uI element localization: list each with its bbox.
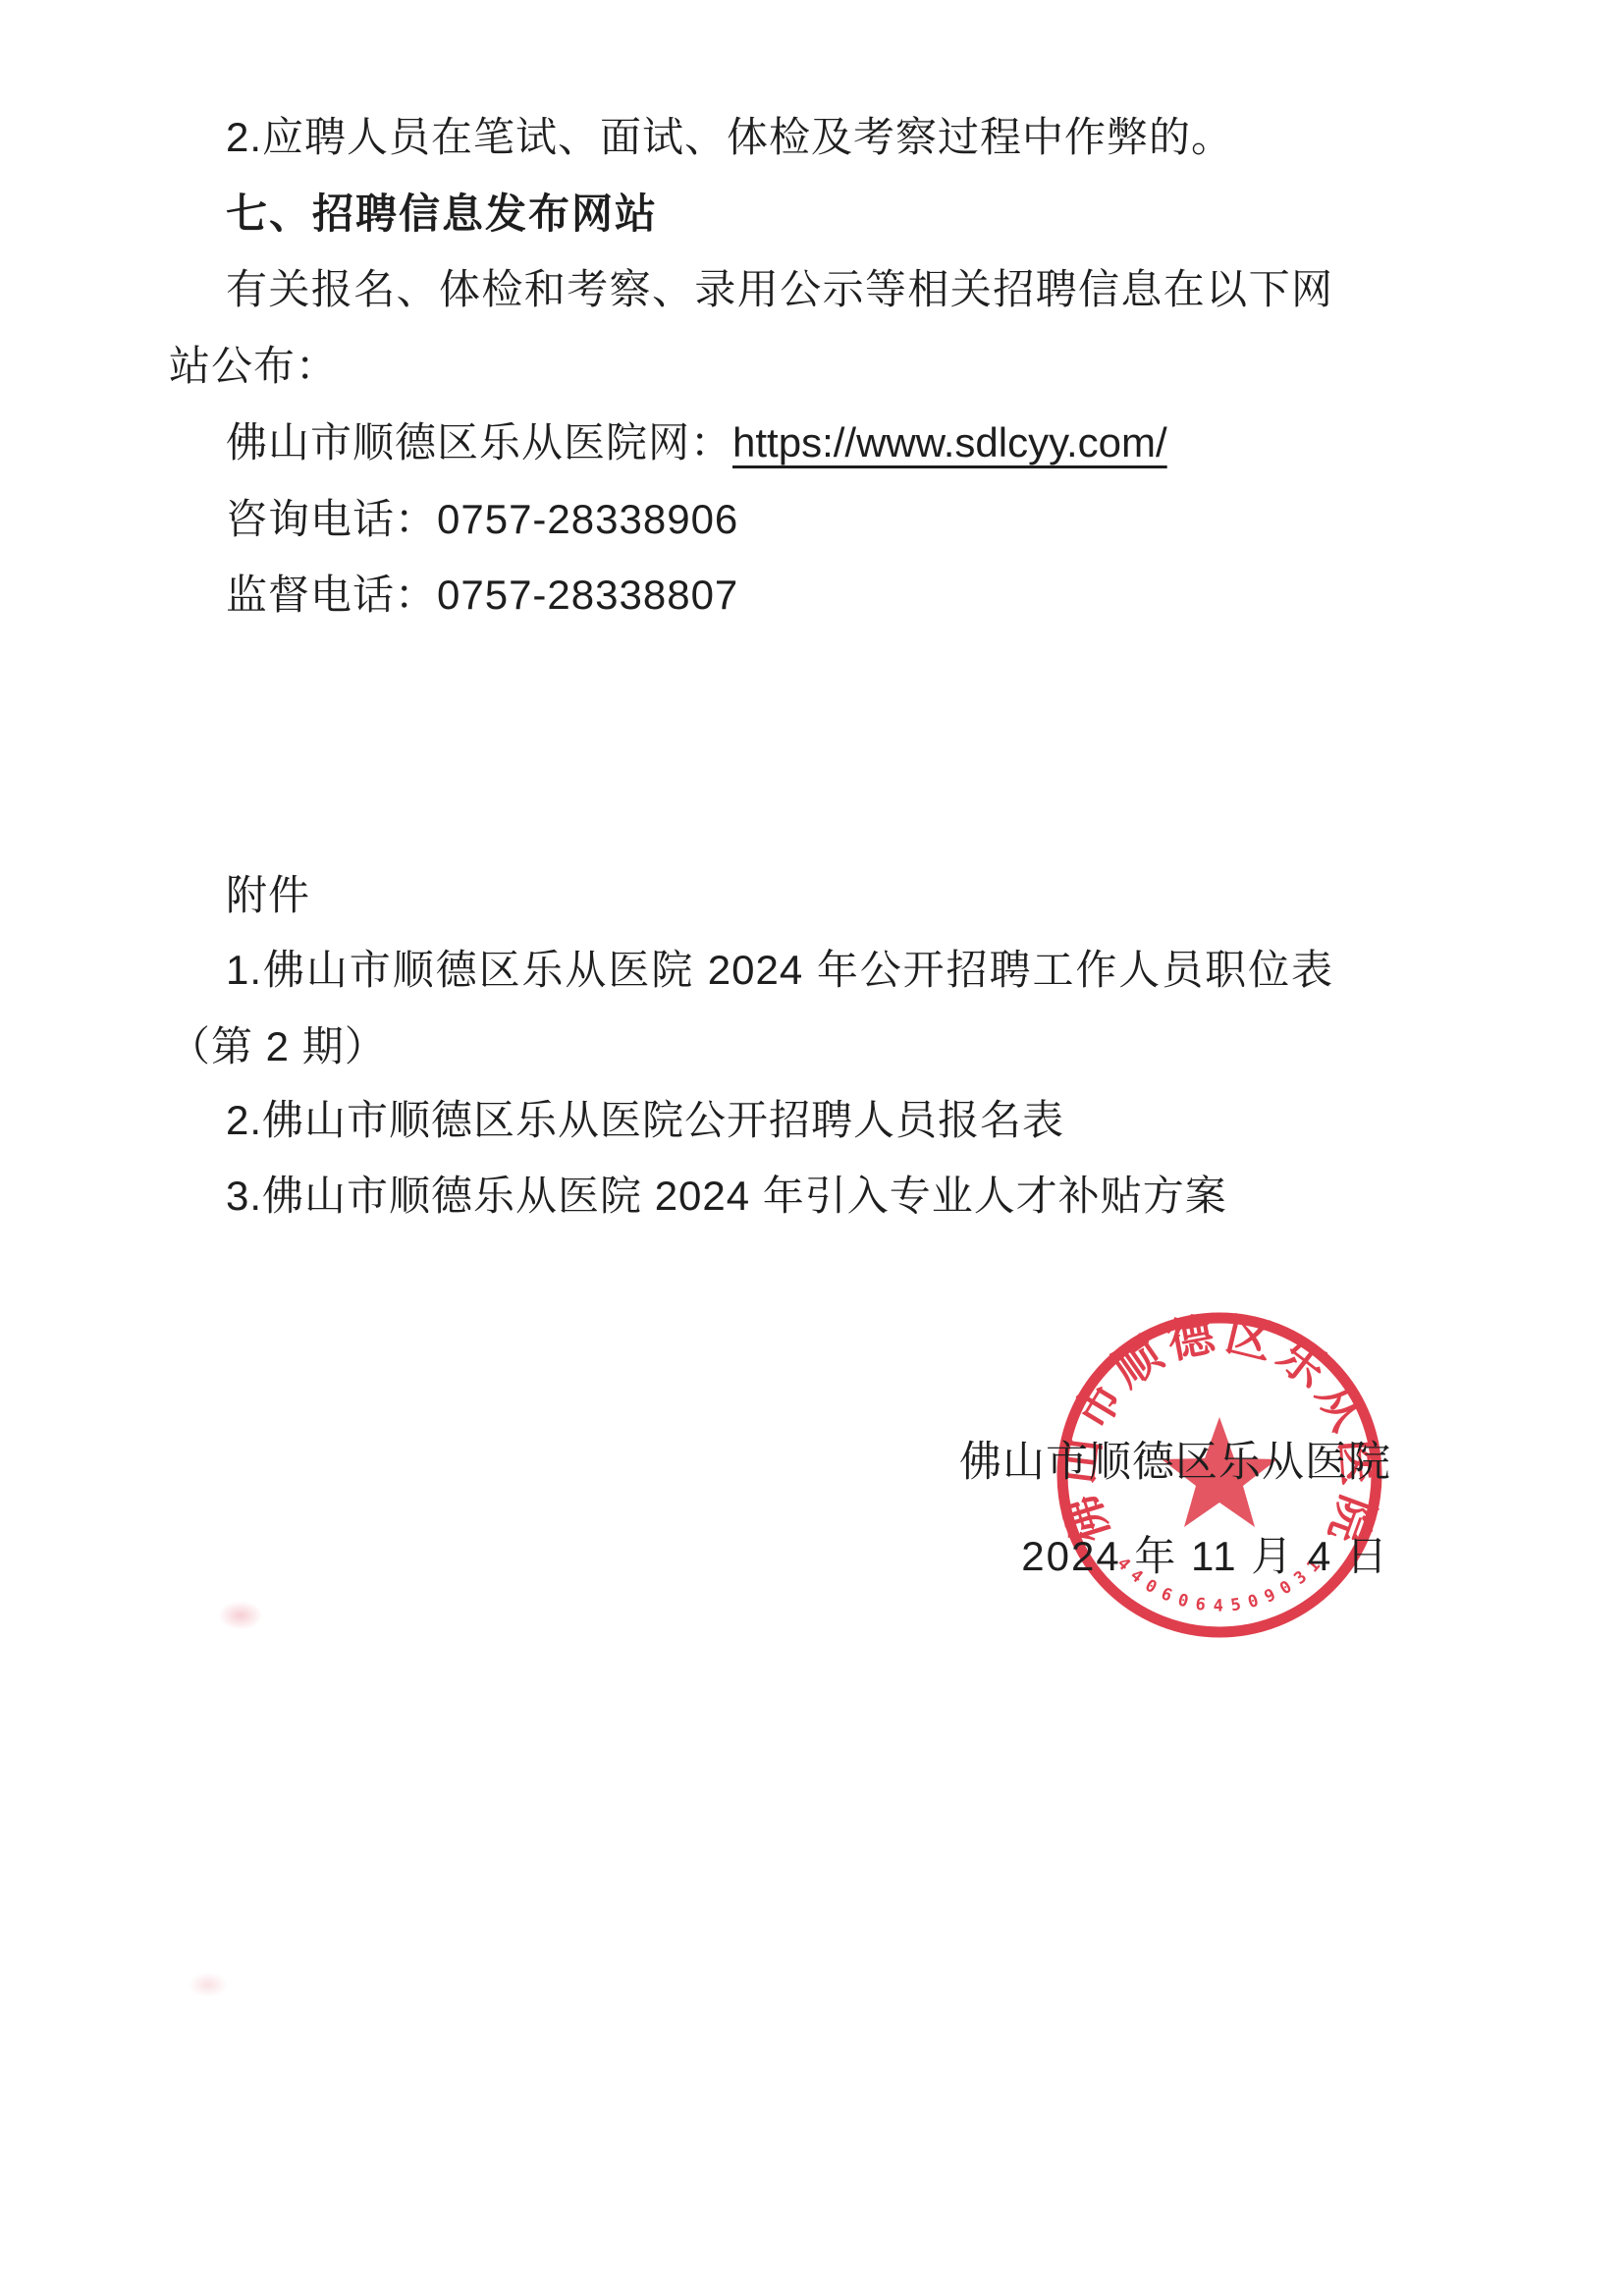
attachment-1-line1: 1.佛山市顺德区乐从医院 2024 年公开招聘工作人员职位表 <box>226 947 1333 994</box>
paragraph-publish-line1: 有关报名、体检和考察、录用公示等相关招聘信息在以下网 <box>226 266 1333 313</box>
paragraph-publish-line2: 站公布： <box>169 343 338 390</box>
consult-phone-line: 咨询电话：0757-28338906 <box>226 496 738 543</box>
attachment-3: 3.佛山市顺德乐从医院 2024 年引入专业人才补贴方案 <box>226 1173 1227 1220</box>
section-heading-7: 七、招聘信息发布网站 <box>226 191 658 238</box>
website-label: 佛山市顺德区乐从医院网： <box>226 419 732 465</box>
signature-organization: 佛山市顺德区乐从医院 <box>959 1429 1391 1489</box>
website-line: 佛山市顺德区乐从医院网：https://www.sdlcyy.com/ <box>226 419 1167 466</box>
website-url-link[interactable]: https://www.sdlcyy.com/ <box>732 419 1167 465</box>
document-page: 2.应聘人员在笔试、面试、体检及考察过程中作弊的。 七、招聘信息发布网站 有关报… <box>0 0 1623 2296</box>
attachments-heading: 附件 <box>226 872 310 919</box>
paragraph-cheating-clause: 2.应聘人员在笔试、面试、体检及考察过程中作弊的。 <box>226 114 1233 161</box>
ink-smudge <box>189 1972 228 1997</box>
supervise-phone-line: 监督电话：0757-28338807 <box>226 572 738 619</box>
attachment-1-line2: （第 2 期） <box>169 1023 387 1070</box>
ink-smudge <box>218 1601 263 1630</box>
attachment-2: 2.佛山市顺德区乐从医院公开招聘人员报名表 <box>226 1097 1064 1144</box>
signature-block: 佛山市顺德区乐从医院 2024 年 11 月 4 日 <box>959 1429 1391 1583</box>
signature-date: 2024 年 11 月 4 日 <box>959 1524 1389 1583</box>
